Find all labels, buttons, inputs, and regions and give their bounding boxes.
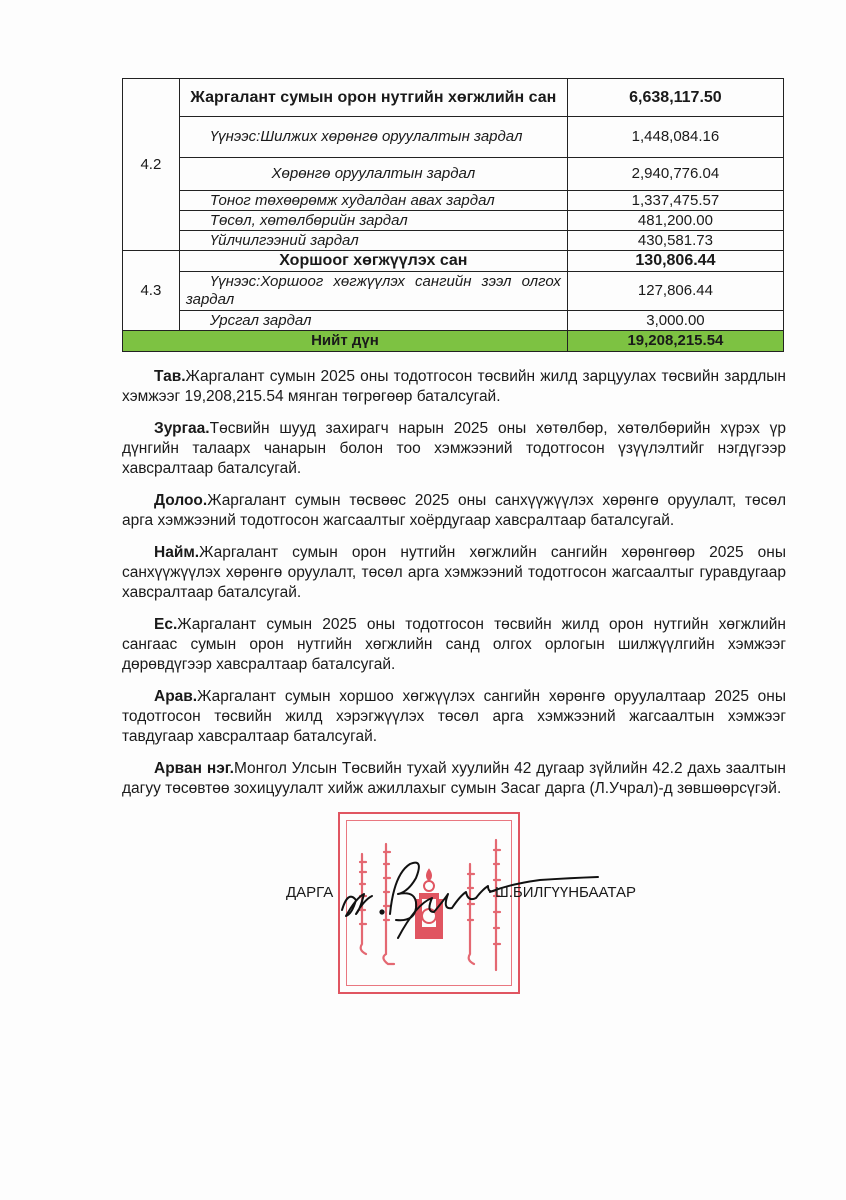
row-amount: 127,806.44 bbox=[567, 272, 783, 311]
resolution-paragraphs: Тав.Жаргалант сумын 2025 оны тодотгосон … bbox=[122, 367, 786, 811]
row-description: Хоршоог хөгжүүлэх сан bbox=[179, 251, 567, 272]
table-row: Үйлчилгээний зардал 430,581.73 bbox=[123, 231, 784, 251]
row-description: Үүнээс:Хоршоог хөгжүүлэх сангийн зээл ол… bbox=[179, 272, 567, 311]
table-row: Тоног төхөөрөмж худалдан авах зардал 1,3… bbox=[123, 191, 784, 211]
row-amount: 3,000.00 bbox=[567, 311, 783, 331]
total-row: Нийт дүн 19,208,215.54 bbox=[123, 331, 784, 352]
row-amount: 2,940,776.04 bbox=[567, 158, 783, 191]
paragraph-arav: Арав.Жаргалант сумын хоршоо хөгжүүлэх са… bbox=[122, 687, 786, 747]
paragraph-zurgaa: Зургаа.Төсвийн шууд захирагч нарын 2025 … bbox=[122, 419, 786, 479]
paragraph-lead: Долоо. bbox=[154, 492, 207, 509]
table-row: Төсөл, хөтөлбөрийн зардал 481,200.00 bbox=[123, 211, 784, 231]
paragraph-text: Жаргалант сумын 2025 оны тодотгосон төсв… bbox=[122, 616, 786, 673]
paragraph-tav: Тав.Жаргалант сумын 2025 оны тодотгосон … bbox=[122, 367, 786, 407]
total-label: Нийт дүн bbox=[123, 331, 568, 352]
row-description: Үйлчилгээний зардал bbox=[179, 231, 567, 251]
paragraph-lead: Найм. bbox=[154, 544, 199, 561]
paragraph-text: Жаргалант сумын орон нутгийн хөгжлийн са… bbox=[122, 544, 786, 601]
row-amount: 6,638,117.50 bbox=[567, 79, 783, 117]
table-row: 4.2 Жаргалант сумын орон нутгийн хөгжлий… bbox=[123, 79, 784, 117]
paragraph-arvan-neg: Арван нэг.Монгол Улсын Төсвийн тухай хуу… bbox=[122, 759, 786, 799]
table-row: Үүнээс:Шилжих хөрөнгө оруулалтын зардал … bbox=[123, 117, 784, 158]
signatory-name: Ш.БИЛГҮҮНБААТАР bbox=[495, 884, 636, 901]
row-code: 4.3 bbox=[123, 251, 180, 331]
row-amount: 481,200.00 bbox=[567, 211, 783, 231]
row-description: Тоног төхөөрөмж худалдан авах зардал bbox=[179, 191, 567, 211]
row-code: 4.2 bbox=[123, 79, 180, 251]
table-row: Хөрөнгө оруулалтын зардал 2,940,776.04 bbox=[123, 158, 784, 191]
row-amount: 1,448,084.16 bbox=[567, 117, 783, 158]
signatory-title: ДАРГА bbox=[286, 884, 333, 901]
paragraph-doloo: Долоо.Жаргалант сумын төсвөөс 2025 оны с… bbox=[122, 491, 786, 531]
row-amount: 130,806.44 bbox=[567, 251, 783, 272]
row-amount: 430,581.73 bbox=[567, 231, 783, 251]
table-row: 4.3 Хоршоог хөгжүүлэх сан 130,806.44 bbox=[123, 251, 784, 272]
row-amount: 1,337,475.57 bbox=[567, 191, 783, 211]
row-description: Урсгал зардал bbox=[179, 311, 567, 331]
paragraph-text: Төсвийн шууд захирагч нарын 2025 оны хөт… bbox=[122, 420, 786, 477]
paragraph-lead: Арав. bbox=[154, 688, 197, 705]
paragraph-naim: Найм.Жаргалант сумын орон нутгийн хөгжли… bbox=[122, 543, 786, 603]
table-row: Үүнээс:Хоршоог хөгжүүлэх сангийн зээл ол… bbox=[123, 272, 784, 311]
paragraph-lead: Арван нэг. bbox=[154, 760, 234, 777]
row-description: Үүнээс:Шилжих хөрөнгө оруулалтын зардал bbox=[179, 117, 567, 158]
total-amount: 19,208,215.54 bbox=[567, 331, 783, 352]
row-description: Жаргалант сумын орон нутгийн хөгжлийн са… bbox=[179, 79, 567, 117]
paragraph-lead: Тав. bbox=[154, 368, 186, 385]
row-description: Хөрөнгө оруулалтын зардал bbox=[179, 158, 567, 191]
paragraph-text: Жаргалант сумын хоршоо хөгжүүлэх сангийн… bbox=[122, 688, 786, 745]
paragraph-lead: Зургаа. bbox=[154, 420, 210, 437]
row-description: Төсөл, хөтөлбөрийн зардал bbox=[179, 211, 567, 231]
table-row: Урсгал зардал 3,000.00 bbox=[123, 311, 784, 331]
paragraph-text: Жаргалант сумын 2025 оны тодотгосон төсв… bbox=[122, 368, 786, 405]
paragraph-yes: Ес.Жаргалант сумын 2025 оны тодотгосон т… bbox=[122, 615, 786, 675]
paragraph-text: Жаргалант сумын төсвөөс 2025 оны санхүүж… bbox=[122, 492, 786, 529]
budget-table: 4.2 Жаргалант сумын орон нутгийн хөгжлий… bbox=[122, 78, 784, 352]
paragraph-lead: Ес. bbox=[154, 616, 177, 633]
document-page: 4.2 Жаргалант сумын орон нутгийн хөгжлий… bbox=[0, 0, 846, 1200]
